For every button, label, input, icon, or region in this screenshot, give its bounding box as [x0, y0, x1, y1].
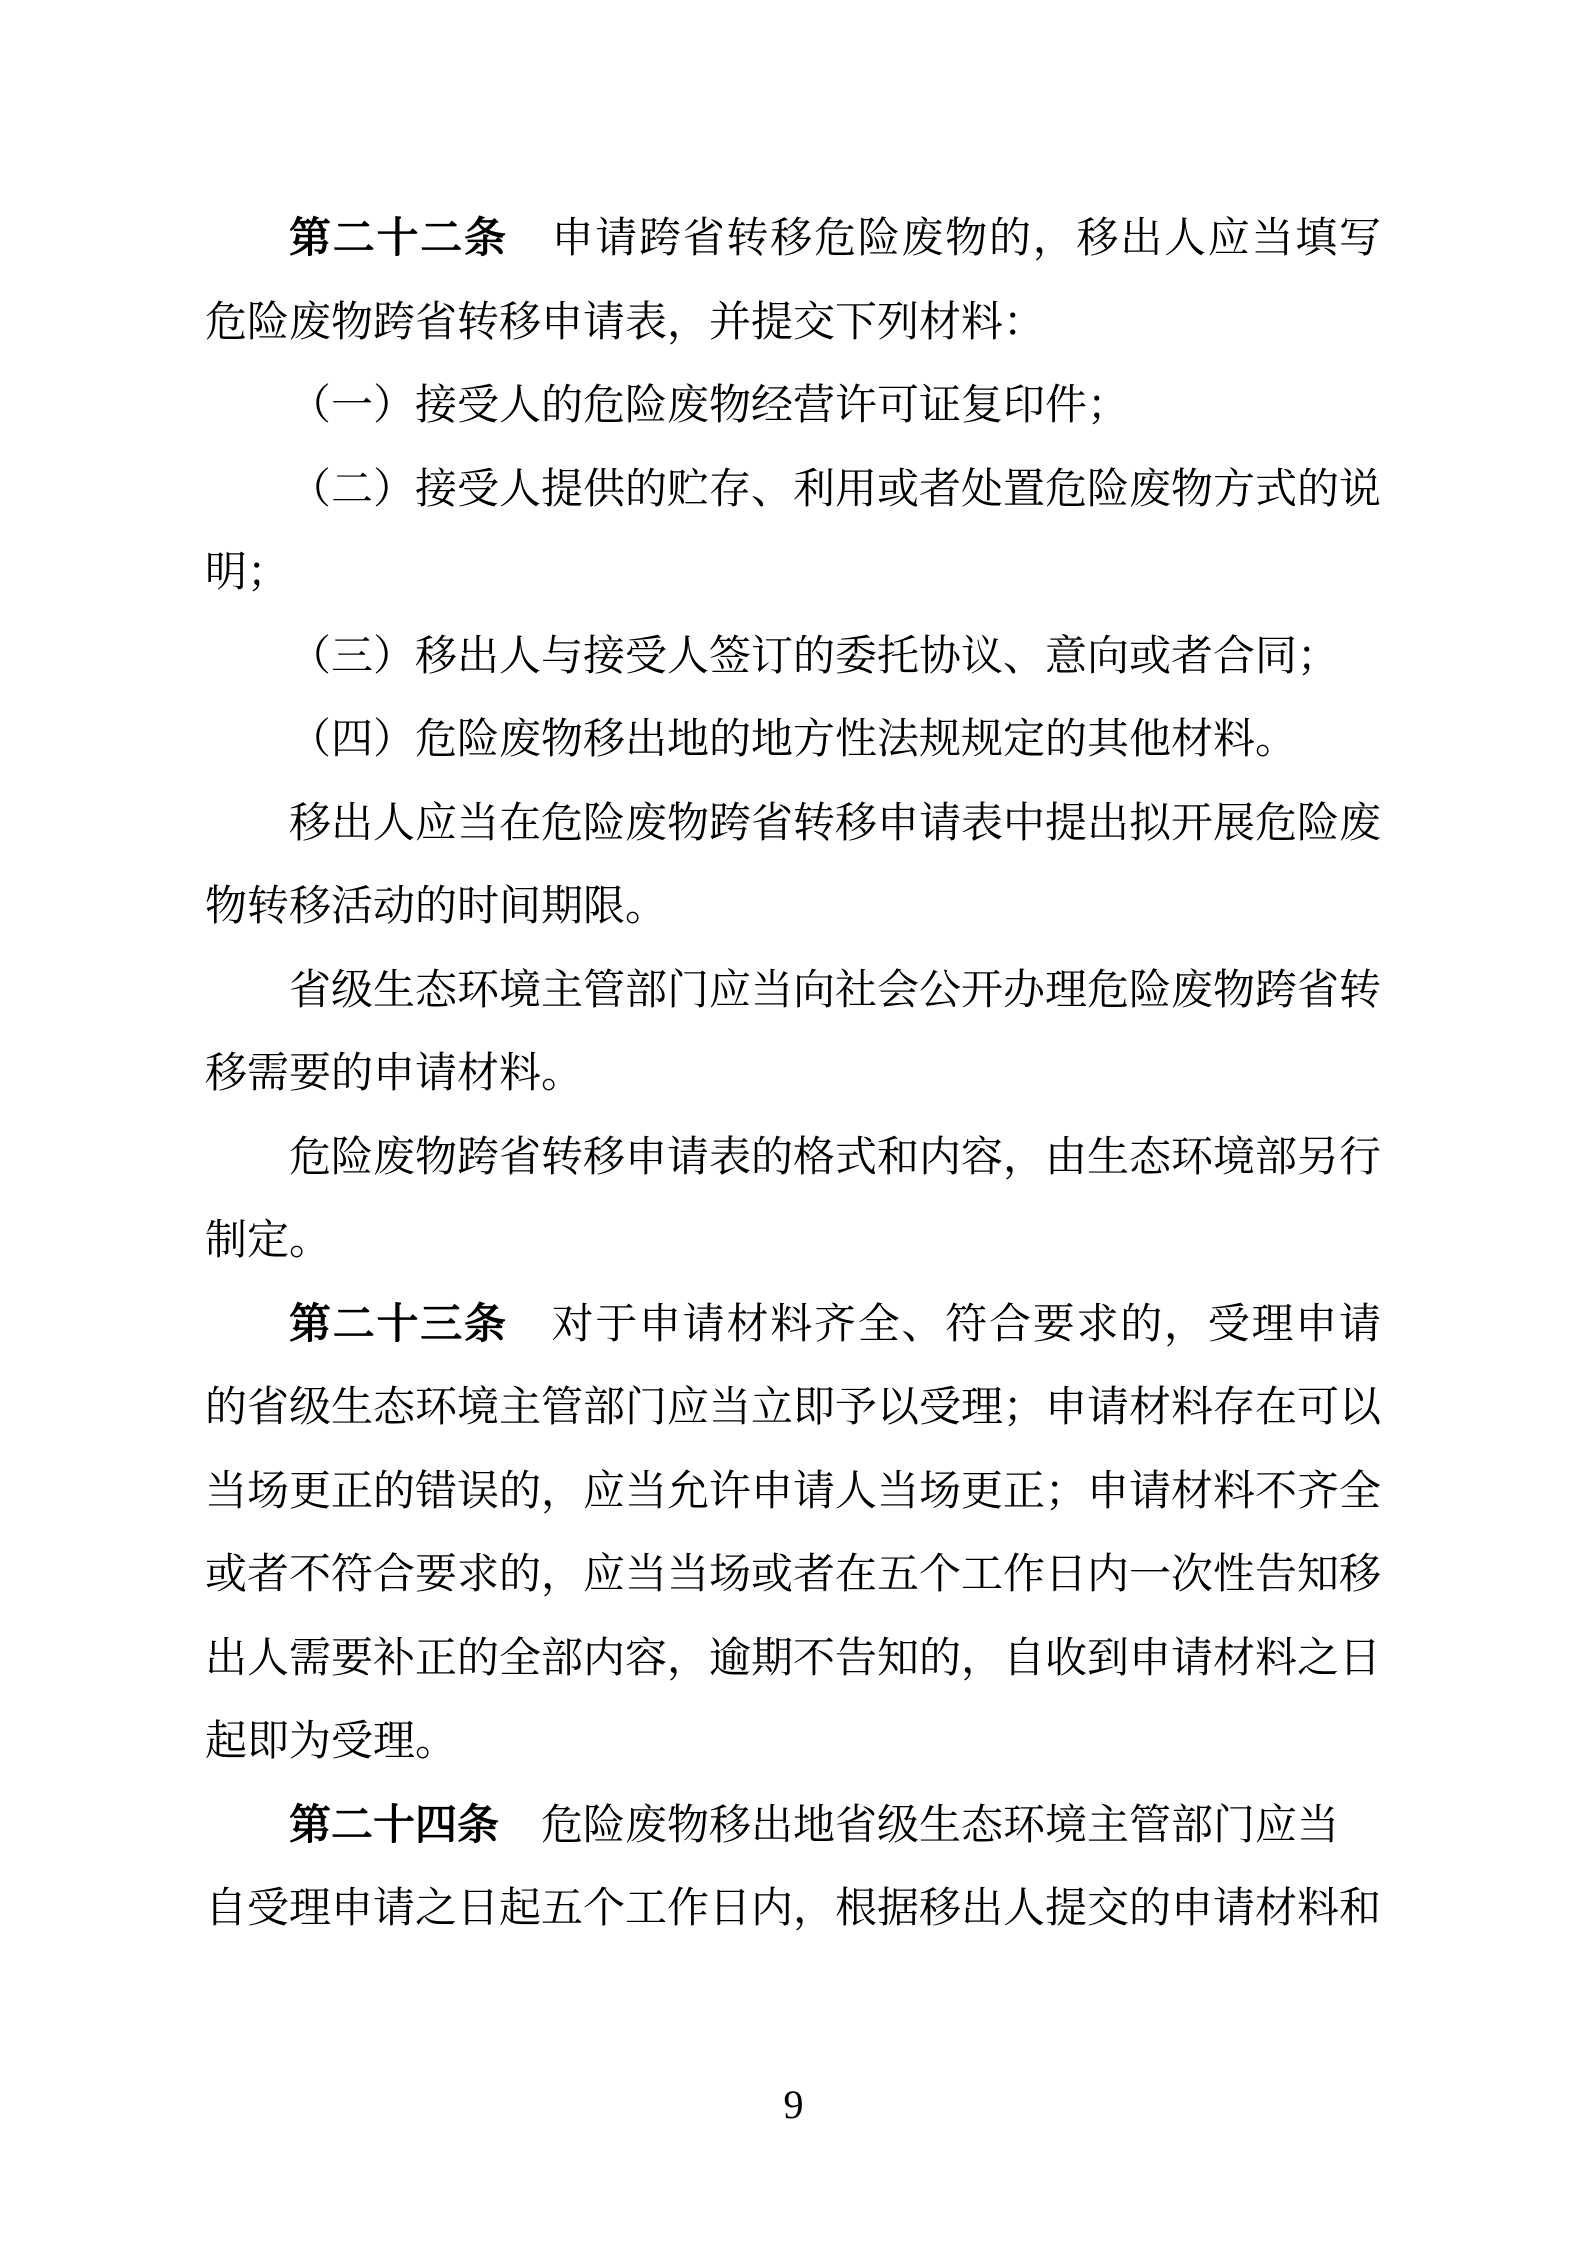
para-item-2: （二）接受人提供的贮存、利用或者处置危险废物方式的说明；	[205, 449, 1381, 616]
para-article-23: 第二十三条 对于申请材料齐全、符合要求的，受理申请的省级生态环境主管部门应当立即…	[205, 1284, 1381, 1785]
para-time-limit: 移出人应当在危险废物跨省转移申请表中提出拟开展危险废物转移活动的时间期限。	[205, 783, 1381, 950]
para-time-limit-text: 移出人应当在危险废物跨省转移申请表中提出拟开展危险废物转移活动的时间期限。	[205, 801, 1381, 931]
para-item-3: （三）移出人与接受人签订的委托协议、意向或者合同；	[205, 616, 1381, 700]
document-page: 第二十二条 申请跨省转移危险废物的，移出人应当填写危险废物跨省转移申请表，并提交…	[0, 0, 1587, 2245]
article-23-text: 对于申请材料齐全、符合要求的，受理申请的省级生态环境主管部门应当立即予以受理；申…	[205, 1302, 1381, 1766]
para-article-22: 第二十二条 申请跨省转移危险废物的，移出人应当填写危险废物跨省转移申请表，并提交…	[205, 198, 1381, 365]
item-4-text: （四）危险废物移出地的地方性法规规定的其他材料。	[289, 717, 1297, 763]
page-number: 9	[0, 2083, 1587, 2127]
article-22-number: 第二十二条	[289, 216, 552, 262]
para-form-format-text: 危险废物跨省转移申请表的格式和内容，由生态环境部另行制定。	[205, 1135, 1381, 1265]
para-article-24: 第二十四条 危险废物移出地省级生态环境主管部门应当 自受理申请之日起五个工作日内…	[205, 1785, 1381, 1952]
para-form-format: 危险废物跨省转移申请表的格式和内容，由生态环境部另行制定。	[205, 1117, 1381, 1284]
para-publicity: 省级生态环境主管部门应当向社会公开办理危险废物跨省转移需要的申请材料。	[205, 950, 1381, 1117]
document-body: 第二十二条 申请跨省转移危险废物的，移出人应当填写危险废物跨省转移申请表，并提交…	[205, 198, 1381, 1952]
para-item-4: （四）危险废物移出地的地方性法规规定的其他材料。	[205, 699, 1381, 783]
article-23-number: 第二十三条	[289, 1302, 552, 1348]
item-1-text: （一）接受人的危险废物经营许可证复印件；	[289, 383, 1129, 429]
item-2-text: （二）接受人提供的贮存、利用或者处置危险废物方式的说明；	[205, 467, 1381, 597]
para-publicity-text: 省级生态环境主管部门应当向社会公开办理危险废物跨省转移需要的申请材料。	[205, 968, 1381, 1098]
article-24-number: 第二十四条	[289, 1803, 541, 1849]
para-item-1: （一）接受人的危险废物经营许可证复印件；	[205, 365, 1381, 449]
item-3-text: （三）移出人与接受人签订的委托协议、意向或者合同；	[289, 634, 1339, 680]
